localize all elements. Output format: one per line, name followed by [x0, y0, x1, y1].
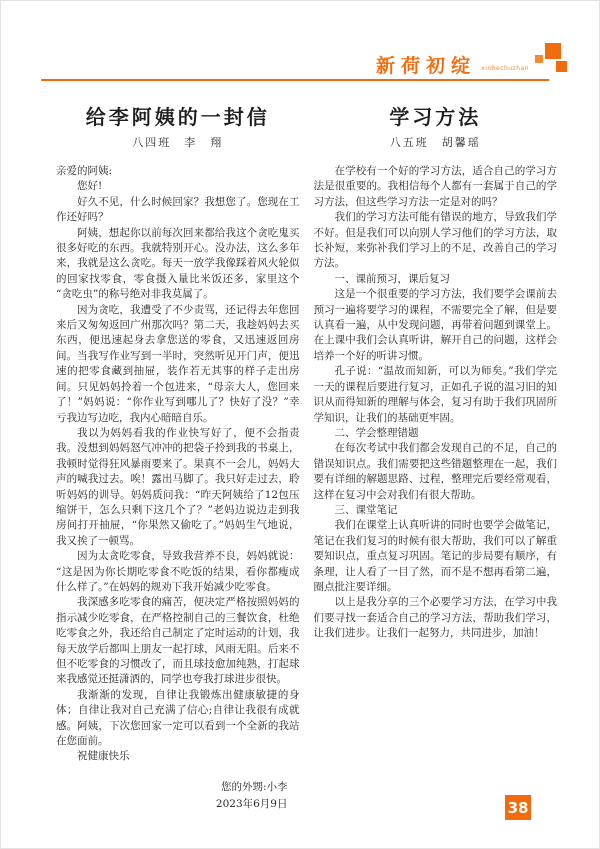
article-byline: 八五班 胡馨瑶 — [314, 134, 558, 150]
paragraph: 阿姨，想起你以前每次回来都给我这个贪吃鬼买很多好吃的东西。我就特别开心。没办法，… — [56, 226, 300, 303]
essay-body: 在学校有一个好的学习方法，适合自己的学习方法是很重要的。我相信每个人都有一套属于… — [314, 164, 558, 642]
page-number-badge: 38 — [505, 795, 531, 820]
article-title: 给李阿姨的一封信 — [56, 101, 300, 130]
article-title: 学习方法 — [314, 101, 558, 130]
pixel-blocks-icon — [533, 41, 567, 77]
paragraph: 这是一个很重要的学习方法，我们要学会课前去预习一遍将要学习的课程，不需要完全了解… — [314, 287, 558, 364]
square-icon — [535, 55, 543, 63]
letter-greeting: 您好! — [56, 179, 300, 194]
letter-date: 2023年6月9日 — [56, 796, 288, 813]
article-byline: 八四班 李 翔 — [56, 134, 300, 150]
paragraph: 我深感多吃零食的痛苦，便决定严格按照妈妈的指示减少吃零食，在严格控制自己的三餐饮… — [56, 595, 300, 687]
header-divider — [41, 79, 549, 81]
signature-block: 您的外甥:小李 2023年6月9日 — [56, 779, 300, 813]
content-columns: 给李阿姨的一封信 八四班 李 翔 亲爱的阿姨: 您好! 好久不见，什么时候回家？… — [56, 95, 557, 818]
paragraph: 我以为妈妈看我的作业快写好了，便不会指责我。没想到妈妈怒气冲冲的把袋子拎到我的书… — [56, 426, 300, 549]
paragraph: 我们的学习方法可能有错误的地方，导致我们学不好。但是我们可以向别人学习他们的学习… — [314, 210, 558, 272]
square-icon — [556, 61, 567, 72]
letter-body: 亲爱的阿姨: 您好! 好久不见，什么时候回家？我想您了。您现在工作还好吗？ 阿姨… — [56, 164, 300, 813]
letter-closing: 祝健康快乐 — [56, 749, 300, 764]
page-header: 新荷初绽 xinhechuzhan — [41, 47, 563, 83]
logo-subtitle: xinhechuzhan — [481, 65, 529, 72]
square-icon — [545, 43, 561, 59]
left-article: 给李阿姨的一封信 八四班 李 翔 亲爱的阿姨: 您好! 好久不见，什么时候回家？… — [56, 95, 300, 818]
paragraph: 以上是我分享的三个必要学习方法，在学习中我们要寻找一套适合自己的学习方法，帮助我… — [314, 595, 558, 641]
paragraph: 孔子说：“温故而知新，可以为师矣。”我们学完一天的课程后要进行复习，正如孔子说的… — [314, 364, 558, 426]
paragraph: 我渐渐的发现，自律让我锻炼出健康敏捷的身体；自律让我对自己充满了信心;自律让我很… — [56, 688, 300, 750]
section-heading: 一、课前预习，课后复习 — [314, 272, 558, 287]
paragraph: 在学校有一个好的学习方法，适合自己的学习方法是很重要的。我相信每个人都有一套属于… — [314, 164, 558, 210]
paragraph: 好久不见，什么时候回家？我想您了。您现在工作还好吗？ — [56, 195, 300, 226]
section-heading: 二、学会整理错题 — [314, 426, 558, 441]
magazine-page: 新荷初绽 xinhechuzhan 给李阿姨的一封信 八四班 李 翔 亲爱的阿姨… — [0, 0, 600, 849]
letter-signature: 您的外甥:小李 — [56, 779, 288, 796]
paragraph: 因为太贪吃零食，导致我营养不良，妈妈就说：“这是因为你长期吃零食不吃饭的结果，看… — [56, 549, 300, 595]
paragraph: 因为贪吃，我遭受了不少责骂，还记得去年您回来后又匆匆返回广州那次吗？第二天，我趁… — [56, 303, 300, 426]
paragraph: 我们在课堂上认真听讲的同时也要学会做笔记，笔记在我们复习的时候有很大帮助，我们可… — [314, 518, 558, 595]
magazine-logo: 新荷初绽 xinhechuzhan — [376, 51, 529, 78]
right-article: 学习方法 八五班 胡馨瑶 在学校有一个好的学习方法，适合自己的学习方法是很重要的… — [314, 95, 558, 818]
paragraph: 在每次考试中我们都会发现自己的不足，自己的错误知识点。我们需要把这些错题整理在一… — [314, 441, 558, 503]
section-heading: 三、课堂笔记 — [314, 503, 558, 518]
letter-salutation: 亲爱的阿姨: — [56, 164, 300, 179]
logo-title: 新荷初绽 — [376, 55, 476, 77]
